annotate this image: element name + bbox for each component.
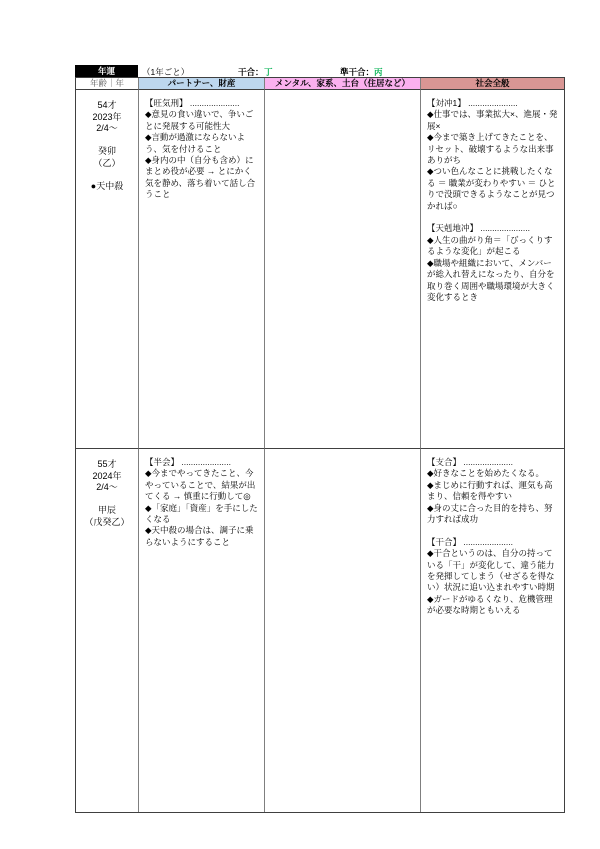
fortune-table: 年齢｜年 パートナー、財産 メンタル、家系、土台（住居など） 社会全般 54才 … (75, 77, 565, 813)
year-row-2023-age-cell: 54才 2023年 2/4～ 癸卯 （乙） ●天中殺 (76, 90, 139, 449)
year-row-2024-partner-cell: 【半会】 ..................... ◆今までやってきたこと、今… (139, 449, 265, 812)
eto-value: 癸卯 (76, 146, 138, 158)
term-start-value: 2/4～ (76, 482, 138, 494)
year-row-2024-age-cell: 55才 2024年 2/4～ 甲辰 （戊癸乙） (76, 449, 139, 812)
mental-family-text (265, 449, 420, 457)
table-title: 年運 (75, 65, 138, 77)
tenchusatsu-flag: ●天中殺 (76, 181, 138, 193)
spacer (76, 135, 138, 147)
hidden-stems-value: （戊癸乙） (76, 517, 138, 529)
mental-family-text (265, 90, 420, 98)
year-row-2023-mental-cell (265, 90, 421, 449)
document-page: 年運 （1年ごと） 干合： 丁 準干合： 丙 年齢｜年 パートナー、財産 メンタ… (0, 0, 600, 849)
age-value: 54才 (76, 100, 138, 112)
year-value: 2023年 (76, 112, 138, 124)
partner-assets-text: 【半会】 ..................... ◆今までやってきたこと、今… (139, 449, 264, 548)
hidden-stems-value: （乙） (76, 158, 138, 170)
year-row-2023-partner-cell: 【旺気刑】 ..................... ◆意見の食い違いで、争い… (139, 90, 265, 449)
column-header-partner-assets: パートナー、財産 (139, 78, 265, 90)
year-value: 2024年 (76, 471, 138, 483)
spacer (76, 169, 138, 181)
year-row-2024-society-cell: 【支合】 ..................... ◆好きなことを始めたくなる… (421, 449, 564, 812)
year-row-2024-mental-cell (265, 449, 421, 812)
society-text: 【対冲1】 ..................... ◆仕事では、事業拡大×、… (421, 90, 564, 303)
eto-value: 甲辰 (76, 505, 138, 517)
spacer (76, 494, 138, 506)
partner-assets-text: 【旺気刑】 ..................... ◆意見の食い違いで、争い… (139, 90, 264, 201)
term-start-value: 2/4～ (76, 123, 138, 135)
age-value: 55才 (76, 459, 138, 471)
society-text: 【支合】 ..................... ◆好きなことを始めたくなる… (421, 449, 564, 617)
table-caption-bar: 年運 （1年ごと） 干合： 丁 準干合： 丙 (0, 65, 600, 77)
column-header-mental-family: メンタル、家系、土台（住居など） (265, 78, 421, 90)
column-header-age-year: 年齢｜年 (76, 78, 139, 90)
column-header-society: 社会全般 (421, 78, 564, 90)
year-row-2023-society-cell: 【対冲1】 ..................... ◆仕事では、事業拡大×、… (421, 90, 564, 449)
